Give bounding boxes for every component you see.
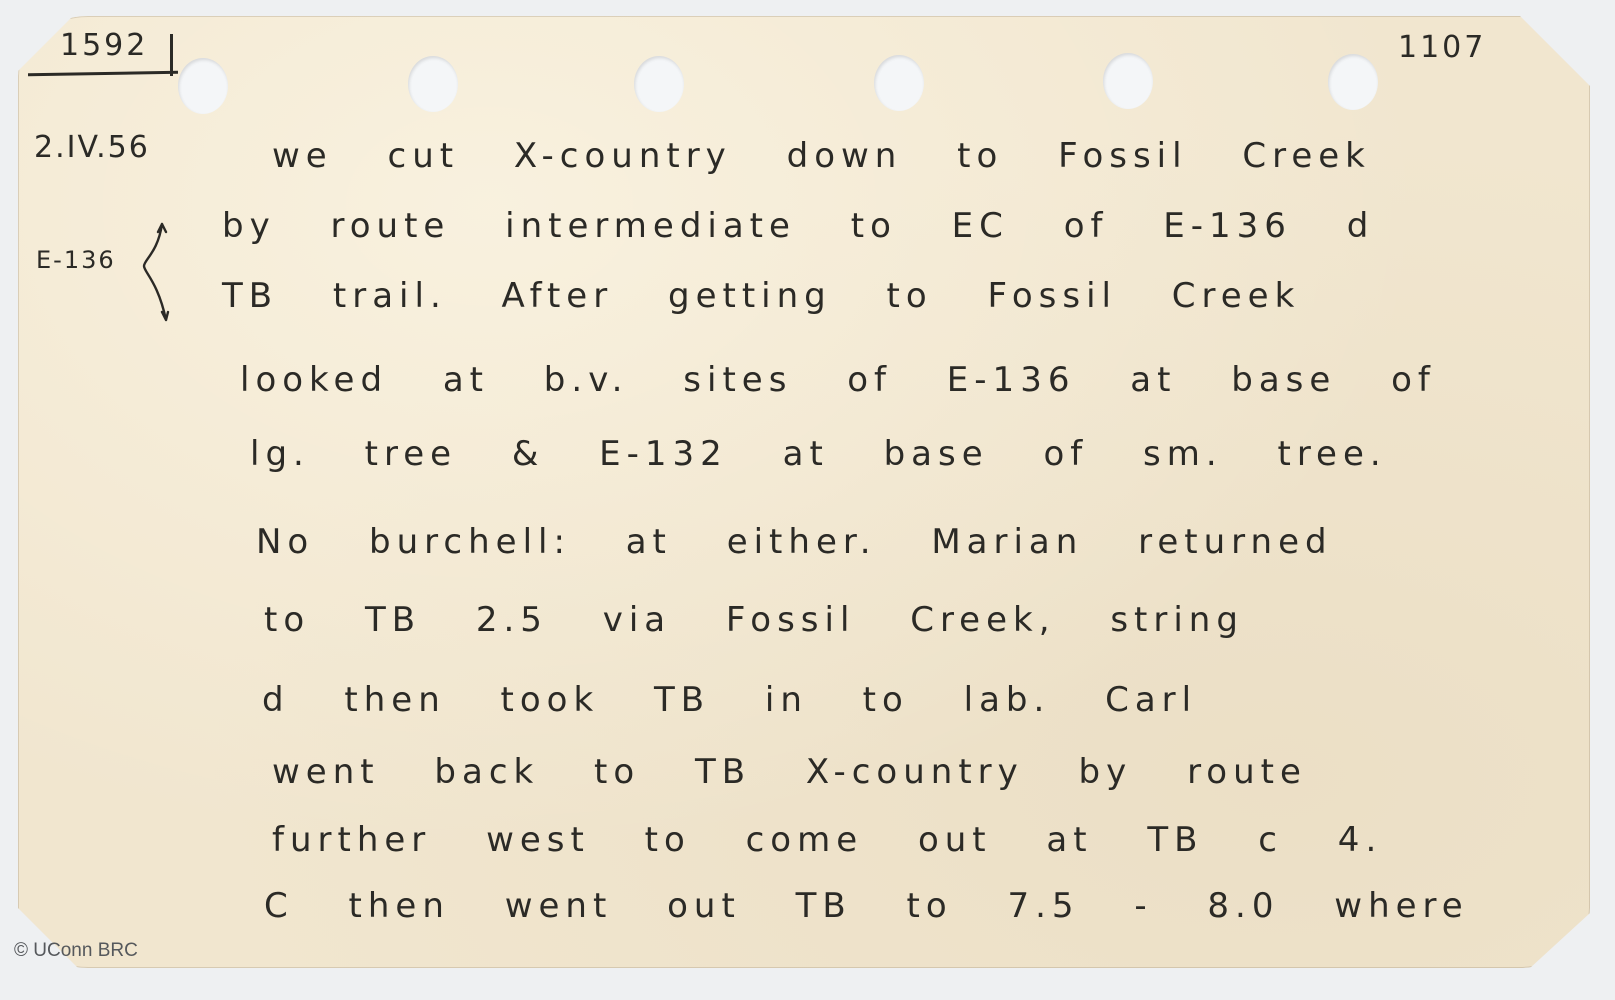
- note-line-9: went back to TB X-country by route: [272, 752, 1307, 792]
- copyright-watermark: © UConn BRC: [14, 940, 138, 962]
- punch-hole: [408, 56, 458, 112]
- brace-icon: [140, 222, 170, 322]
- note-line-1: we cut X-country down to Fossil Creek: [272, 136, 1371, 176]
- page-number: 1107: [1398, 30, 1486, 65]
- note-line-2: by route intermediate to EC of E-136 d: [222, 206, 1374, 246]
- entry-date: 2.IV.56: [34, 130, 150, 165]
- catalog-number: 1592: [60, 28, 148, 63]
- punch-hole: [634, 56, 684, 112]
- punch-hole: [1328, 54, 1378, 110]
- margin-note: E-136: [36, 246, 116, 274]
- punch-hole: [874, 55, 924, 111]
- note-line-5: lg. tree & E-132 at base of sm. tree.: [250, 434, 1387, 474]
- note-line-7: to TB 2.5 via Fossil Creek, string: [264, 600, 1244, 640]
- note-line-11: C then went out TB to 7.5 - 8.0 where: [264, 886, 1469, 926]
- note-line-4: looked at b.v. sites of E-136 at base of: [240, 360, 1436, 400]
- note-line-10: further west to come out at TB c 4.: [272, 820, 1382, 860]
- note-line-3: TB trail. After getting to Fossil Creek: [222, 276, 1300, 316]
- note-line-8: d then took TB in to lab. Carl: [262, 680, 1197, 720]
- punch-hole: [1103, 53, 1153, 109]
- punch-hole: [178, 58, 228, 114]
- note-line-6: No burchell: at either. Marian returned: [256, 522, 1333, 562]
- catalog-bar: [170, 34, 173, 76]
